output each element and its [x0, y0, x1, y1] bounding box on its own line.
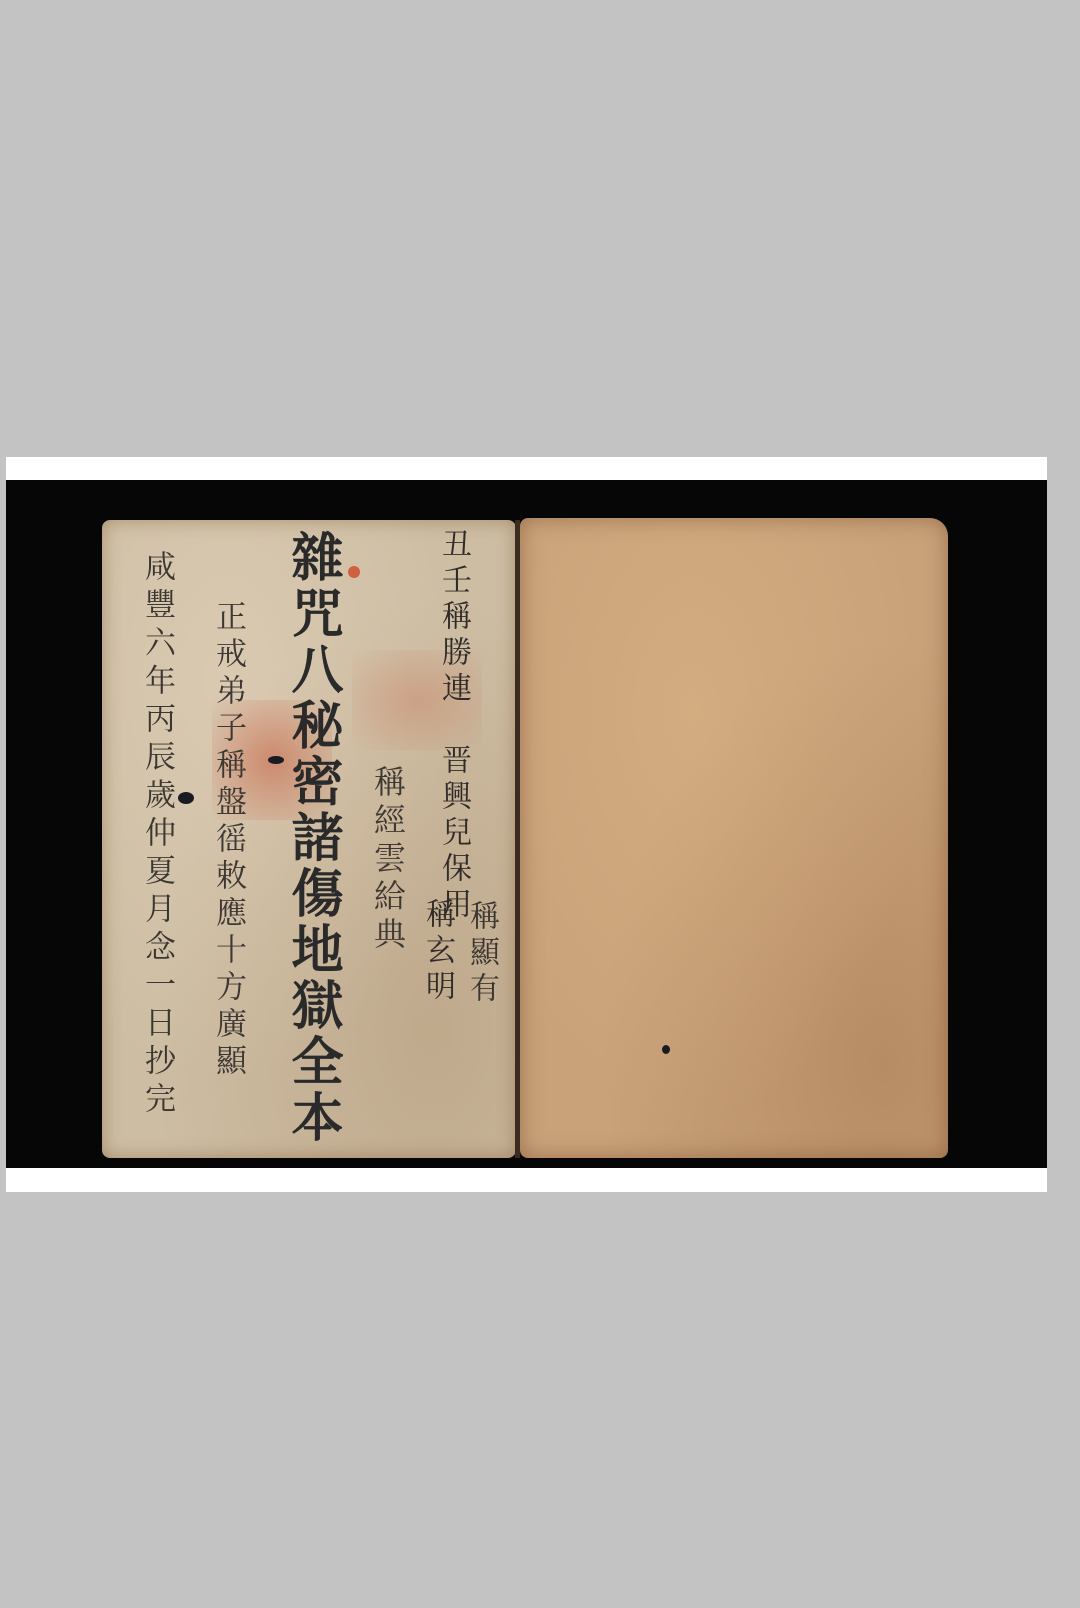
- ink-blot: [662, 1045, 670, 1054]
- date-colophon: 咸豐六年丙辰歲仲夏月念一日抄完: [141, 550, 172, 1120]
- right-inscription-1: 丑壬稱勝連 晋興兒保用: [438, 528, 468, 924]
- right-page-blank: [520, 518, 948, 1158]
- middle-inscription: 稱經雲給典: [372, 765, 404, 955]
- right-inscription-2: 稱顯有: [466, 900, 496, 1008]
- red-mark: [348, 566, 360, 578]
- disciple-inscription: 正戒弟子稱盤徭敕應十方廣顯: [212, 600, 243, 1081]
- ink-blot: [178, 792, 194, 804]
- right-inscription-3: 稱玄明: [422, 898, 452, 1006]
- manuscript-title: 雜咒八秘密諸傷地獄全本: [286, 530, 338, 1146]
- manuscript-photo: 咸豐六年丙辰歲仲夏月念一日抄完 正戒弟子稱盤徭敕應十方廣顯 雜咒八秘密諸傷地獄全…: [6, 480, 1047, 1168]
